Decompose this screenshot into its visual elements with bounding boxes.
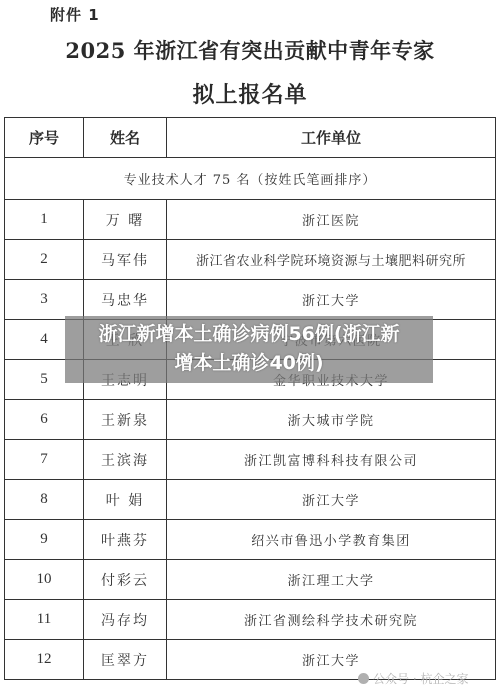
attachment-label: 附件 1	[50, 4, 100, 25]
document-title: 2025 年浙江省有突出贡献中青年专家	[0, 35, 500, 65]
row-name: 叶燕芬	[84, 520, 167, 560]
row-name: 匡翠方	[84, 640, 167, 680]
row-name: 王滨海	[84, 440, 167, 480]
table-row: 1 万 曙 浙江医院	[5, 200, 496, 240]
row-index: 11	[5, 600, 84, 640]
row-index: 10	[5, 560, 84, 600]
row-index: 6	[5, 400, 84, 440]
row-unit: 浙江大学	[167, 280, 496, 320]
row-unit: 浙江省测绘科学技术研究院	[167, 600, 496, 640]
table-row: 3 马忠华 浙江大学	[5, 280, 496, 320]
table-row: 6 王新泉 浙大城市学院	[5, 400, 496, 440]
row-unit: 浙江理工大学	[167, 560, 496, 600]
table-row: 9 叶燕芬 绍兴市鲁迅小学教育集团	[5, 520, 496, 560]
row-index: 7	[5, 440, 84, 480]
table-header-row: 序号 姓名 工作单位	[5, 118, 496, 158]
headline-line-1: 浙江新增本土确诊病例56例(浙江新	[65, 320, 433, 349]
row-index: 9	[5, 520, 84, 560]
table-row: 2 马军伟 浙江省农业科学院环境资源与土壤肥料研究所	[5, 240, 496, 280]
table-row: 8 叶 娟 浙江大学	[5, 480, 496, 520]
row-name: 王新泉	[84, 400, 167, 440]
row-unit: 浙大城市学院	[167, 400, 496, 440]
row-unit: 浙江大学	[167, 480, 496, 520]
row-name: 马忠华	[84, 280, 167, 320]
category-label: 专业技术人才 75 名（按姓氏笔画排序）	[5, 158, 496, 200]
roster-table: 序号 姓名 工作单位 专业技术人才 75 名（按姓氏笔画排序） 1 万 曙 浙江…	[4, 117, 496, 680]
column-header-unit: 工作单位	[167, 118, 496, 158]
category-row: 专业技术人才 75 名（按姓氏笔画排序）	[5, 158, 496, 200]
document-subtitle: 拟上报名单	[0, 78, 500, 109]
row-name: 叶 娟	[84, 480, 167, 520]
headline-line-2: 增本土确诊40例)	[65, 349, 433, 378]
table-row: 7 王滨海 浙江凯富博科科技有限公司	[5, 440, 496, 480]
row-index: 1	[5, 200, 84, 240]
watermark: 公众号 · 杭企之家	[358, 670, 468, 687]
row-index: 12	[5, 640, 84, 680]
row-name: 万 曙	[84, 200, 167, 240]
row-index: 2	[5, 240, 84, 280]
wechat-icon	[358, 673, 369, 684]
row-index: 8	[5, 480, 84, 520]
row-unit: 浙江省农业科学院环境资源与土壤肥料研究所	[167, 240, 496, 280]
row-index: 3	[5, 280, 84, 320]
column-header-index: 序号	[5, 118, 84, 158]
table-row: 10 付彩云 浙江理工大学	[5, 560, 496, 600]
row-unit: 浙江医院	[167, 200, 496, 240]
table-row: 11 冯存均 浙江省测绘科学技术研究院	[5, 600, 496, 640]
headline-overlay[interactable]: 浙江新增本土确诊病例56例(浙江新 增本土确诊40例)	[65, 316, 433, 378]
row-name: 马军伟	[84, 240, 167, 280]
row-unit: 绍兴市鲁迅小学教育集团	[167, 520, 496, 560]
row-unit: 浙江凯富博科科技有限公司	[167, 440, 496, 480]
watermark-text: 公众号 · 杭企之家	[373, 670, 468, 687]
column-header-name: 姓名	[84, 118, 167, 158]
row-name: 冯存均	[84, 600, 167, 640]
row-name: 付彩云	[84, 560, 167, 600]
